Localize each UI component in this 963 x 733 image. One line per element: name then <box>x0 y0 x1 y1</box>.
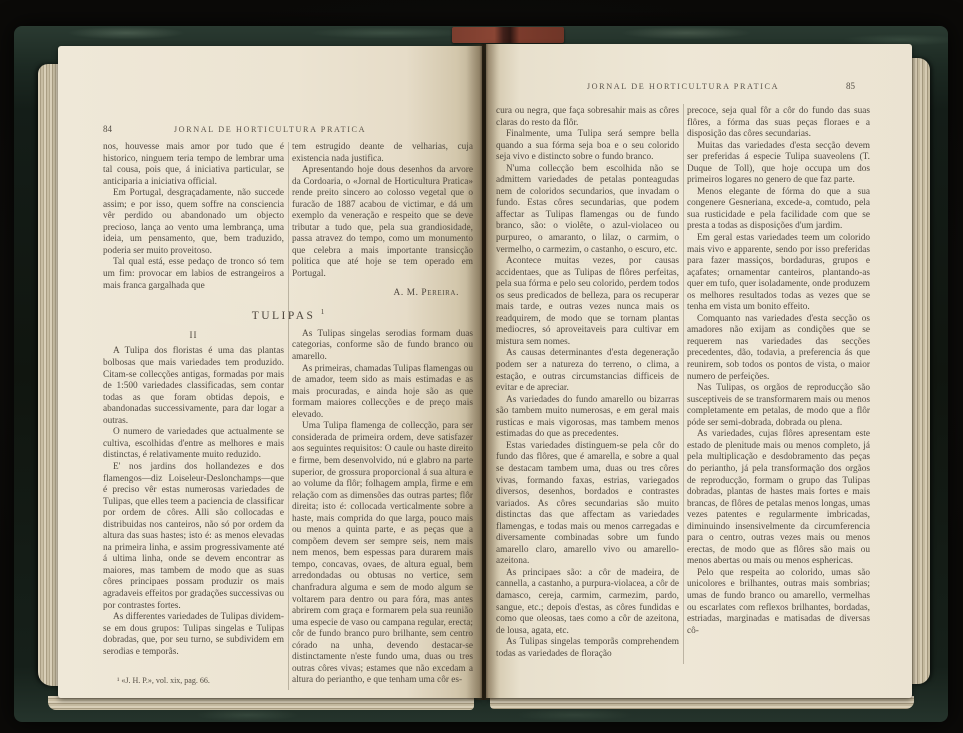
article-col1-paragraphs: A Tulipa dos floristas é uma das plantas… <box>103 346 284 658</box>
article-col1: II A Tulipa dos floristas é uma das plan… <box>103 329 284 687</box>
paragraph: Em geral estas variedades teem um colori… <box>687 233 870 314</box>
paragraph: Comquanto nas variedades d'esta secção o… <box>687 314 870 383</box>
article-title-text: TULIPAS <box>252 310 316 322</box>
page-edge-stack-right <box>910 58 930 684</box>
running-title-left: JORNAL DE HORTICULTURA PRATICA <box>58 125 482 134</box>
paragraph: Em Portugal, desgraçadamente, não succed… <box>103 188 284 257</box>
page-edge-stack-bottom-left <box>48 696 474 710</box>
right-page-row: cura ou negra, que faça sobresahir mais … <box>496 106 870 660</box>
paragraph: Pelo que respeita ao colorido, umas são … <box>687 568 870 637</box>
paragraph: Tal qual está, esse pedaço de tronco só … <box>103 257 284 292</box>
paragraph: As Tulipas singelas serodias formam duas… <box>292 329 473 364</box>
paragraph: As principaes são: a côr de madeira, de … <box>496 568 679 637</box>
intro-col1: nos, houvesse mais amor por tudo que é h… <box>103 142 284 299</box>
paragraph: O numero de variedades que actualmente s… <box>103 427 284 462</box>
article-title-footnote-mark: 1 <box>321 308 325 316</box>
article-col2-paragraphs: As Tulipas singelas serodias formam duas… <box>292 329 473 687</box>
paragraph: A Tulipa dos floristas é uma das plantas… <box>103 346 284 427</box>
intro-col2: tem estrugido deante de velharias, cuja … <box>292 142 473 299</box>
paragraph: cura ou negra, que faça sobresahir mais … <box>496 106 679 129</box>
paragraph: Muitas das variedades d'esta secção deve… <box>687 141 870 187</box>
author-signature: A. M. Pereira. <box>292 288 473 300</box>
paragraph: Uma Tulipa flamenga de collecção, para s… <box>292 421 473 687</box>
section-number: II <box>103 330 284 342</box>
paragraph: E' nos jardins dos hollandezes e dos fla… <box>103 462 284 612</box>
paragraph: As Tulipas singelas temporãs comprehende… <box>496 637 679 660</box>
paragraph: Finalmente, uma Tulipa será sempre bella… <box>496 129 679 164</box>
right-col2: precoce, seja qual fôr a côr do fundo da… <box>687 106 870 660</box>
left-page: 84 JORNAL DE HORTICULTURA PRATICA nos, h… <box>58 46 482 698</box>
paragraph: As variedades, cujas flôres apresentam e… <box>687 429 870 568</box>
footnote: ¹ «J. H. P.», vol. xix, pag. 66. <box>103 676 284 686</box>
paragraph: tem estrugido deante de velharias, cuja … <box>292 142 473 165</box>
spine-label <box>452 27 564 43</box>
intro-row: nos, houvesse mais amor por tudo que é h… <box>103 142 473 299</box>
paragraph: nos, houvesse mais amor por tudo que é h… <box>103 142 284 188</box>
paragraph: precoce, seja qual fôr a côr do fundo da… <box>687 106 870 141</box>
page-number-right: 85 <box>846 81 855 91</box>
paragraph: Acontece muitas vezes, por causas accide… <box>496 256 679 348</box>
article-row: II A Tulipa dos floristas é uma das plan… <box>103 329 473 687</box>
running-title-right: JORNAL DE HORTICULTURA PRATICA <box>496 82 870 91</box>
paragraph: As primeiras, chamadas Tulipas flamengas… <box>292 364 473 422</box>
paragraph: Apresentando hoje dous desenhos da arvor… <box>292 165 473 280</box>
right-col1: cura ou negra, que faça sobresahir mais … <box>496 106 679 660</box>
right-page-content: cura ou negra, que faça sobresahir mais … <box>496 106 870 660</box>
paragraph: N'uma collecção bem escolhida não se adm… <box>496 164 679 256</box>
page-edge-stack-left <box>38 64 60 686</box>
paragraph: As differentes variedades de Tulipas div… <box>103 612 284 658</box>
paragraph: Nas Tulipas, os orgãos de reproducção sã… <box>687 383 870 429</box>
article-col2: As Tulipas singelas serodias formam duas… <box>292 329 473 687</box>
article-title: TULIPAS 1 <box>103 308 473 322</box>
intro-col2-paragraphs: tem estrugido deante de velharias, cuja … <box>292 142 473 281</box>
right-col1-paragraphs: cura ou negra, que faça sobresahir mais … <box>496 106 679 660</box>
right-col2-paragraphs: precoce, seja qual fôr a côr do fundo da… <box>687 106 870 637</box>
paragraph: As causas determinantes d'esta degeneraç… <box>496 348 679 394</box>
intro-col1-paragraphs: nos, houvesse mais amor por tudo que é h… <box>103 142 284 292</box>
paragraph: As variedades do fundo amarello ou bizar… <box>496 395 679 441</box>
book-scan-scene: 84 JORNAL DE HORTICULTURA PRATICA nos, h… <box>0 0 963 733</box>
paragraph: Menos elegante de fórma do que a sua con… <box>687 187 870 233</box>
paragraph: Estas variedades distinguem-se pela côr … <box>496 441 679 568</box>
left-page-content: nos, houvesse mais amor por tudo que é h… <box>103 142 473 687</box>
right-page: JORNAL DE HORTICULTURA PRATICA 85 cura o… <box>486 44 912 698</box>
